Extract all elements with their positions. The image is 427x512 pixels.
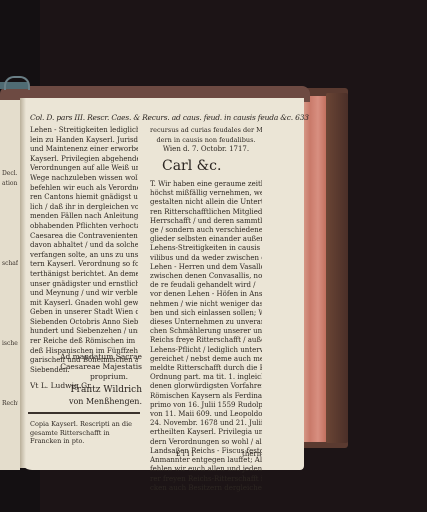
text-line: mit Kayserl. Gnaden wohl gewogen. [30, 299, 138, 309]
text-line: dern Verordnungen so wohl / als die [150, 438, 262, 447]
book-clasp-ring [4, 76, 30, 90]
mandate-line: Caesareae Majestatis [50, 362, 142, 372]
text-line: fehlen wir euch allen und jeden von unse… [150, 465, 262, 474]
signature-mark: £ l l l [176, 450, 194, 458]
page-edges-red [302, 96, 326, 442]
text-line: Lehens-Streitigkeiten in causis mere ci- [150, 244, 262, 253]
secretary-name: von Menßhengen. [50, 396, 142, 407]
text-line: vor denen Lehen - Höfen in Anspruch [150, 290, 262, 299]
text-line: hundert und Siebenzehen / unsere [30, 327, 138, 337]
footnote: Copia Kayserl. Rescripti an die gesamte … [30, 420, 140, 446]
text-line: Wege nachzuleben wissen wollen. Als [30, 174, 138, 184]
text-line: gestalten nicht allein die Unterthanen d… [150, 198, 262, 207]
text-line: ertheilten Kayserl. Privilegia und an- [150, 428, 262, 437]
text-line: ben und sich einlassen sollen; Wie nun [150, 309, 262, 318]
text-line: höchst mißfällig vernehmen, welcher [150, 189, 262, 198]
text-line: recursus ad curias feudales der Mitglie- [150, 126, 262, 136]
text-line: de re feudali gehandelt wird / [150, 281, 262, 290]
text-line: zwischen denen Convasallis, noch auch [150, 272, 262, 281]
text-line: dieses Unternehmen zu unverantwortli- [150, 318, 262, 327]
text-line: glieder selbsten einander außer denen [150, 235, 262, 244]
right-column-intro: recursus ad curias feudales der Mitglie-… [150, 126, 262, 155]
date-line: Wien d. 7. Octobr. 1717. [150, 145, 262, 155]
text-line: meldte Ritterschafft durch die Ritter- [150, 364, 262, 373]
text-line: davon abhaltet / und da solches nicht [30, 241, 138, 251]
mandate-line: Ad mandatum Sacrae [50, 352, 142, 362]
text-line: rer Reiche deß Römischen im Sechsten / [30, 337, 138, 347]
text-line: Geben in unserer Stadt Wien den [30, 308, 138, 318]
secretary-name: Frantz Wildrich [50, 385, 142, 396]
text-line: menden Fällen nach Anleitung einer [30, 212, 138, 222]
text-line: vilibus und da weder zwischen denen [150, 254, 262, 263]
right-column-body: T. Wir haben eine geraume zeithero höchs… [150, 180, 262, 493]
text-line: verfangen solte, an uns zu unserer wei- [30, 251, 138, 261]
text-line: Reichs freye Ritterschafft / außer der [150, 336, 262, 345]
text-line: 24. Novembr. 1678 und 21. Julii 1682. [150, 419, 262, 428]
text-line: ren Cantons hiemit gnädigst und ernst- [30, 193, 138, 203]
text-line: lich / daß ihr in dergleichen vorkom- [30, 203, 138, 213]
text-line: denen glorwürdigsten Vorfahren denen [150, 382, 262, 391]
gutter-shadow [20, 98, 26, 468]
text-line: und Meynung / und wir verbleiben euch [30, 289, 138, 299]
text-line: Lehens-Pflicht / lediglich unterworffen [150, 346, 262, 355]
text-line: ge / sondern auch verschiedene Mit- [150, 226, 262, 235]
text-line: cken auch Besitzern dergleichen Gü- [150, 484, 262, 493]
text-line: Kayserl. Privilegien abgehenden Kayserl. [30, 155, 138, 165]
text-line: ren Ritterschafftlichen Mitgliedern ihre [150, 208, 262, 217]
text-line: Lehen - Herren und dem Vasallo / noch [150, 263, 262, 272]
text-line: Römischen Kaysern als Ferdinando [150, 392, 262, 401]
text-line: von 11. Maii 609. und Leopoldo von [150, 410, 262, 419]
text-line: Herrschafft / und deren sammtlichen [150, 217, 262, 226]
running-header: Col. D. pars III. Rescr. Caes. & Recurs.… [30, 113, 270, 122]
text-line: Siebenden Octobris Anno Siebenze- [30, 318, 138, 328]
text-line: tern Kayserl. Verordnung so fort un- [30, 260, 138, 270]
margin-word: schaft [2, 260, 18, 268]
text-line: T. Wir haben eine geraume zeithero [150, 180, 262, 189]
text-line: chen Schmählerung unserer und deß [150, 327, 262, 336]
text-line: nehmen / wie nicht weniger daselbst fie- [150, 300, 262, 309]
margin-word: Recht [2, 400, 18, 408]
book-spine-edge [326, 93, 348, 443]
text-line: unser gnädigster und ernstlicher Will [30, 280, 138, 290]
text-line: terthänigst berichtet. An deme beschicht [30, 270, 138, 280]
text-line: gereichet / nebst deme auch mehr - er- [150, 355, 262, 364]
text-line: Verordnungen auf alle Weiß und [30, 164, 138, 174]
margin-word: Decl. [2, 170, 18, 178]
mandate-block: Ad mandatum Sacrae Caesareae Majestatis … [50, 352, 142, 382]
margin-word: ische [2, 340, 18, 348]
text-line: Caesarea die Contravenienten ernstlich [30, 232, 138, 242]
section-heading: Carl &c. [162, 158, 221, 174]
mandate-line: proprium. [50, 372, 142, 382]
catchword: thern [242, 450, 261, 458]
text-line: befehlen wir euch als Verordnerten [30, 184, 138, 194]
text-line: dern in causis non feudalibus. [150, 136, 262, 146]
text-line: rer freyen Reichs-Ritterschafft in Fran- [150, 475, 262, 484]
text-line: und Maintenenz einer erworbenen [30, 145, 138, 155]
left-page-fragment: Decl. ation schaft ische Recht [0, 100, 20, 470]
text-line: Lehen - Streitigkeiten lediglich und al- [30, 126, 138, 136]
text-line: lein zu Handen Kayserl. Jurisdiction [30, 136, 138, 146]
footnote-rule [28, 412, 140, 414]
text-line: primo von 16. Julii 1559 Rudolpho ado [150, 401, 262, 410]
text-line: obhabenden Pflichten verhoctae nostra [30, 222, 138, 232]
margin-word: ation [2, 180, 18, 188]
text-line: Ordnung part. ma tit. 1. ingleichen [150, 373, 262, 382]
secretary-signature: Frantz Wildrich von Menßhengen. [50, 385, 142, 407]
